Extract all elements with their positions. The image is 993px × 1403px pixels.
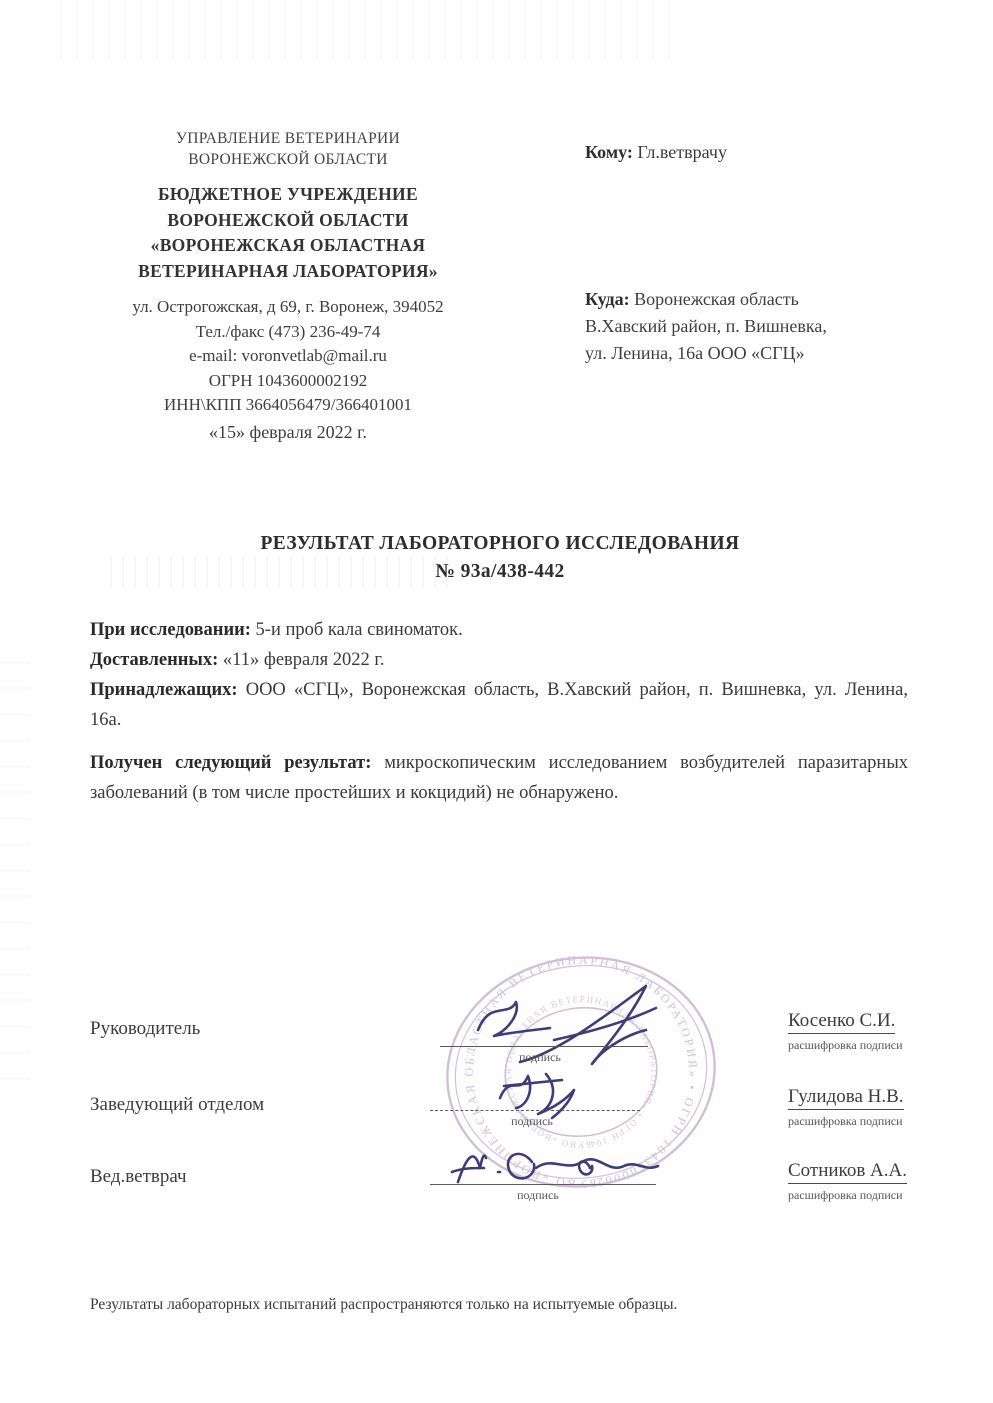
belongs-label: Принадлежащих:: [90, 680, 238, 700]
recipient-to-label: Кому:: [585, 142, 633, 162]
department-line: УПРАВЛЕНИЕ ВЕТЕРИНАРИИ: [88, 128, 488, 149]
scan-artifact: [60, 0, 680, 60]
signature-name: Косенко С.И.: [788, 1010, 895, 1034]
recipient-header: Кому: Гл.ветврачу: [585, 140, 925, 165]
organization-line: БЮДЖЕТНОЕ УЧРЕЖДЕНИЕ: [88, 182, 488, 208]
signature-name: Сотников А.А.: [788, 1160, 907, 1184]
sender-contacts: ул. Острогожская, д 69, г. Воронеж, 3940…: [88, 295, 488, 418]
signature-line: [430, 1184, 656, 1185]
document-title: РЕЗУЛЬТАТ ЛАБОРАТОРНОГО ИССЛЕДОВАНИЯ № 9…: [40, 530, 960, 586]
recipient-where-line: ул. Ленина, 16а ООО «СГЦ»: [585, 340, 925, 367]
recipient-to-line: Кому: Гл.ветврачу: [585, 140, 925, 165]
scanned-document-page: УПРАВЛЕНИЕ ВЕТЕРИНАРИИ ВОРОНЕЖСКОЙ ОБЛАС…: [0, 0, 993, 1403]
organization-line: ВЕТЕРИНАРНАЯ ЛАБОРАТОРИЯ»: [88, 259, 488, 285]
decipher-caption: расшифровка подписи: [788, 1038, 903, 1053]
sender-inn-kpp: ИНН\КПП 3664056479/366401001: [88, 393, 488, 418]
decipher-caption: расшифровка подписи: [788, 1114, 903, 1129]
sender-header: УПРАВЛЕНИЕ ВЕТЕРИНАРИИ ВОРОНЕЖСКОЙ ОБЛАС…: [88, 128, 488, 418]
department-line: ВОРОНЕЖСКОЙ ОБЛАСТИ: [88, 149, 488, 170]
signature-name: Гулидова Н.В.: [788, 1086, 904, 1110]
research-line: При исследовании: 5-и проб кала свиномат…: [90, 615, 908, 645]
signature-caption: подпись: [472, 1114, 592, 1129]
signature-block: Руководитель подпись Косенко С.И. расшиф…: [0, 950, 993, 1250]
signature-line: [430, 1110, 640, 1111]
result-label: Получен следующий результат:: [90, 753, 371, 773]
delivered-label: Доставленных:: [90, 650, 218, 670]
signature-caption: подпись: [478, 1188, 598, 1203]
signature-caption: подпись: [480, 1050, 600, 1065]
result-paragraph: Получен следующий результат: микроскопич…: [90, 748, 908, 808]
sender-address: ул. Острогожская, д 69, г. Воронеж, 3940…: [88, 295, 488, 320]
recipient-where-line: В.Хавский район, п. Вишневка,: [585, 313, 925, 340]
belongs-line: Принадлежащих: ООО «СГЦ», Воронежская об…: [90, 675, 908, 735]
signature-ink-2: [490, 1062, 610, 1122]
research-label: При исследовании:: [90, 620, 251, 640]
signature-line: [440, 1046, 648, 1047]
examination-details: При исследовании: 5-и проб кала свиномат…: [90, 615, 908, 735]
organization-line: ВОРОНЕЖСКОЙ ОБЛАСТИ: [88, 208, 488, 234]
sender-phone: Тел./факс (473) 236-49-74: [88, 320, 488, 345]
footer-disclaimer: Результаты лабораторных испытаний распро…: [90, 1296, 910, 1314]
recipient-where-label: Куда:: [585, 289, 630, 309]
decipher-caption: расшифровка подписи: [788, 1188, 903, 1203]
sender-email: e-mail: voronvetlab@mail.ru: [88, 344, 488, 369]
document-number: № 93а/438-442: [40, 558, 960, 586]
delivered-line: Доставленных: «11» февраля 2022 г.: [90, 645, 908, 675]
recipient-where-block: Куда: Воронежская область В.Хавский райо…: [585, 286, 925, 367]
research-value: 5-и проб кала свиноматок.: [256, 620, 463, 640]
signature-role: Руководитель: [90, 1018, 200, 1040]
recipient-to-value: Гл.ветврачу: [637, 142, 727, 162]
document-date: «15» февраля 2022 г.: [88, 422, 488, 443]
organization-name: БЮДЖЕТНОЕ УЧРЕЖДЕНИЕ ВОРОНЕЖСКОЙ ОБЛАСТИ…: [88, 182, 488, 284]
signature-role: Заведующий отделом: [90, 1094, 264, 1116]
signature-role: Вед.ветврач: [90, 1166, 187, 1188]
organization-line: «ВОРОНЕЖСКАЯ ОБЛАСТНАЯ: [88, 233, 488, 259]
recipient-where-line: Воронежская область: [634, 289, 799, 309]
document-title-line1: РЕЗУЛЬТАТ ЛАБОРАТОРНОГО ИССЛЕДОВАНИЯ: [40, 530, 960, 558]
sender-ogrn: ОГРН 1043600002192: [88, 369, 488, 394]
delivered-value: «11» февраля 2022 г.: [223, 650, 385, 670]
